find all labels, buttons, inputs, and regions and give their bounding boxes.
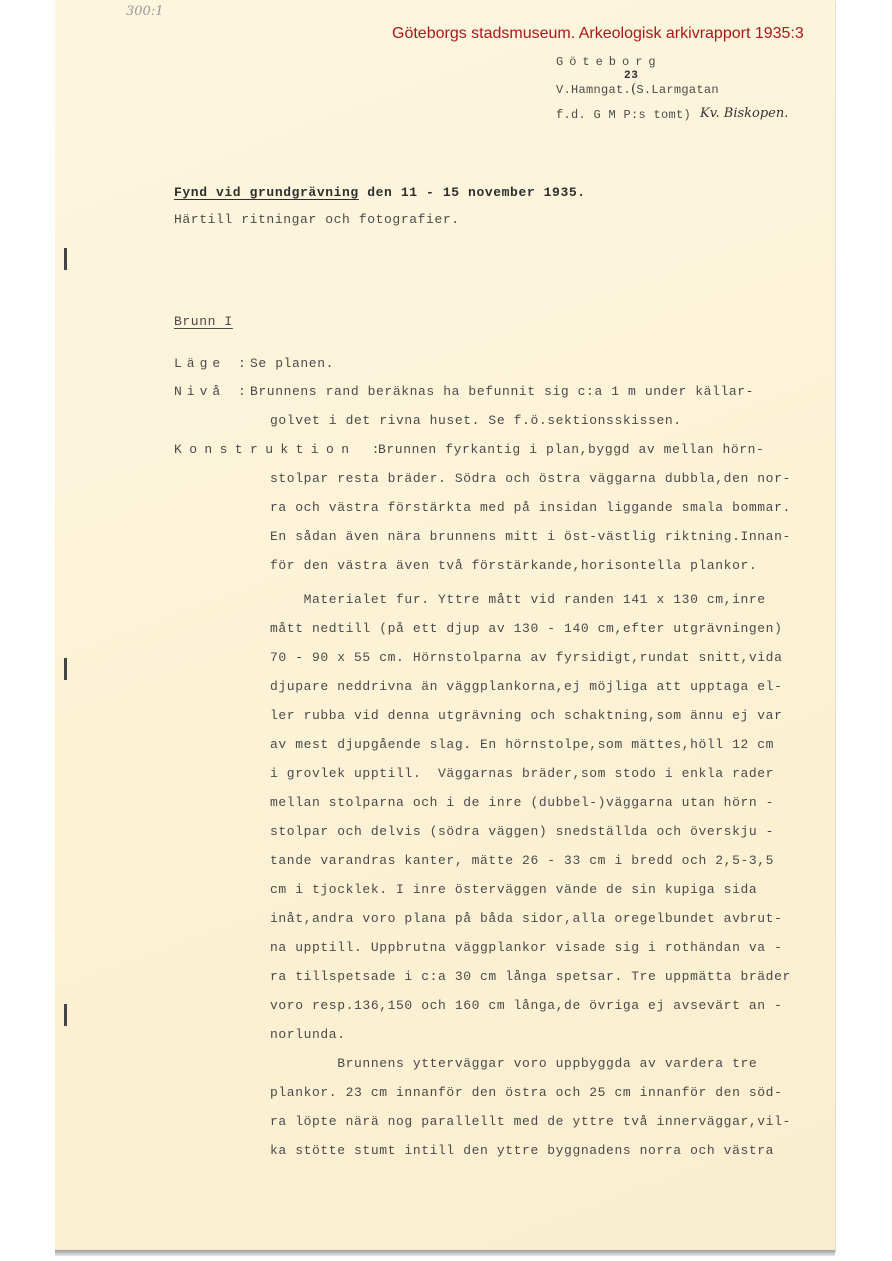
header-address: V.Hamngat.(S.Larmgatan: [556, 82, 719, 97]
margin-mark: [64, 1004, 67, 1026]
section-heading: Brunn I: [174, 314, 233, 329]
paragraph-line: ra löpte närä nog parallellt med de yttr…: [270, 1114, 791, 1129]
paragraph-line: djupare neddrivna än väggplankorna,ej mö…: [270, 679, 782, 694]
paragraph-line: norlunda.: [270, 1027, 346, 1042]
address-prefix: V.Hamngat.: [556, 83, 631, 97]
paragraph-line: Materialet fur. Yttre mått vid randen 14…: [270, 592, 766, 607]
entry-text-niva-line: Brunnens rand beräknas ha befunnit sig c…: [250, 384, 754, 399]
entry-text-konstruktion-line: ra och västra förstärkta med på insidan …: [270, 500, 791, 515]
entry-label-niva: Nivå :: [174, 384, 251, 399]
page-bottom-edge: [55, 1250, 835, 1256]
title-underlined: Fynd vid grundgrävning: [174, 185, 359, 200]
paragraph-line: cm i tjocklek. I inre österväggen vände …: [270, 882, 757, 897]
document-subtitle: Härtill ritningar och fotografier.: [174, 212, 460, 227]
margin-mark: [64, 248, 67, 270]
entry-text-konstruktion-line: för den västra även två förstärkande,hor…: [270, 558, 757, 573]
paragraph-line: voro resp.136,150 och 160 cm långa,de öv…: [270, 998, 782, 1013]
address-suffix: S.Larmgatan: [636, 83, 719, 97]
header-site-handwritten: Kv. Biskopen.: [700, 106, 788, 121]
paragraph-line: na upptill. Uppbrutna väggplankor visade…: [270, 940, 782, 955]
address-insert-number: 23: [624, 70, 638, 82]
paragraph-line: inåt,andra voro plana på båda sidor,alla…: [270, 911, 782, 926]
paragraph-line: 70 - 90 x 55 cm. Hörnstolparna av fyrsid…: [270, 650, 782, 665]
paragraph-line: stolpar och delvis (södra väggen) snedst…: [270, 824, 774, 839]
paragraph-line: ka stötte stumt intill den yttre byggnad…: [270, 1143, 774, 1158]
paragraph-line: ler rubba vid denna utgrävning och schak…: [270, 708, 782, 723]
archive-stamp: Göteborgs stadsmuseum. Arkeologisk arkiv…: [392, 25, 804, 43]
header-city: Göteborg: [556, 55, 662, 69]
paragraph-line: i grovlek upptill. Väggarnas bräder,som …: [270, 766, 774, 781]
handwritten-page-number: 300:1: [126, 4, 163, 19]
paragraph-line: Brunnens ytterväggar voro uppbyggda av v…: [270, 1056, 757, 1071]
margin-mark: [64, 658, 67, 680]
entry-text-konstruktion-line: En sådan även nära brunnens mitt i öst-v…: [270, 529, 791, 544]
paragraph-line: av mest djupgående slag. En hörnstolpe,s…: [270, 737, 774, 752]
entry-text-niva-line: golvet i det rivna huset. Se f.ö.sektion…: [270, 413, 682, 428]
header-site: f.d. G M P:s tomt): [556, 108, 691, 122]
paragraph-line: plankor. 23 cm innanför den östra och 25…: [270, 1085, 782, 1100]
paragraph-line: mått nedtill (på ett djup av 130 - 140 c…: [270, 621, 782, 636]
entry-text-konstruktion-line: Brunnen fyrkantig i plan,byggd av mellan…: [378, 442, 764, 457]
paragraph-line: tande varandras kanter, mätte 26 - 33 cm…: [270, 853, 774, 868]
paragraph-line: ra tillspetsade i c:a 30 cm långa spetsa…: [270, 969, 791, 984]
title-rest: den 11 - 15 november 1935.: [359, 185, 586, 200]
entry-label-lage: Läge :: [174, 356, 251, 371]
entry-label-konstruktion: Konstruktion :: [174, 442, 387, 457]
document-title: Fynd vid grundgrävning den 11 - 15 novem…: [174, 185, 586, 200]
entry-text-konstruktion-line: stolpar resta bräder. Södra och östra vä…: [270, 471, 791, 486]
paragraph-line: mellan stolparna och i de inre (dubbel-)…: [270, 795, 774, 810]
entry-text-lage: Se planen.: [250, 356, 334, 371]
